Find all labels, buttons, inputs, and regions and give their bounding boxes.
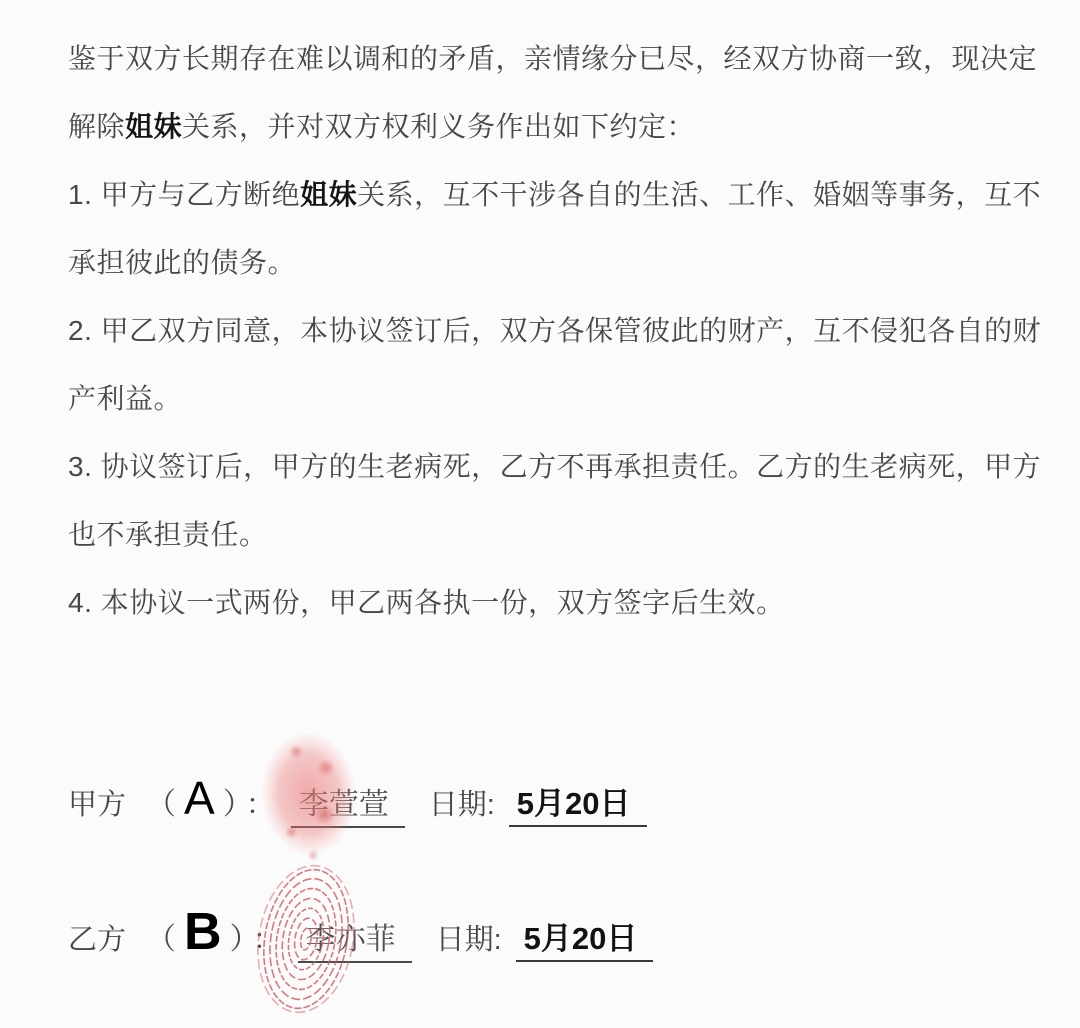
clause-3-line-2: 也不承担责任。: [68, 501, 1024, 569]
agreement-body-text: 鉴于双方长期存在难以调和的矛盾，亲情缘分已尽，经双方协商一致，现决定 解除姐妹关…: [68, 25, 1024, 637]
party-b-date-value: 5月20日: [516, 921, 654, 962]
paren-close: ）: [223, 788, 238, 821]
text-segment: 1. 甲方与乙方断绝: [68, 179, 300, 210]
text-segment: 鉴于双方长期存在难以调和的矛盾，亲情缘分已尽，经双方协商一致，现决定: [68, 43, 1037, 74]
text-segment: 4. 本协议一式两份，甲乙两各执一份，双方签字后生效。: [68, 587, 785, 618]
clause-2-line-1: 2. 甲乙双方同意，本协议签订后，双方各保管彼此的财产，互不侵犯各自的财: [68, 297, 1024, 365]
intro-line-1: 鉴于双方长期存在难以调和的矛盾，亲情缘分已尽，经双方协商一致，现决定: [68, 25, 1024, 93]
party-b-signature-name: 李亦菲: [298, 923, 412, 963]
clause-3-line-1: 3. 协议签订后，甲方的生老病死，乙方不再承担责任。乙方的生老病死，甲方: [68, 433, 1024, 501]
clause-4-line-1: 4. 本协议一式两份，甲乙两各执一份，双方签字后生效。: [68, 569, 1024, 637]
party-a-role-label: 甲方: [68, 789, 126, 821]
party-a-date-value: 5月20日: [509, 786, 647, 827]
text-segment: 关系，并对双方权利义务作出如下约定：: [182, 111, 695, 142]
text-segment: 解除: [68, 111, 125, 142]
text-segment: 产利益。: [68, 383, 182, 414]
agreement-document-page: 鉴于双方长期存在难以调和的矛盾，亲情缘分已尽，经双方协商一致，现决定 解除姐妹关…: [0, 0, 1080, 1028]
colon-separator: ：: [246, 789, 275, 821]
text-segment: 2. 甲乙双方同意，本协议签订后，双方各保管彼此的财产，互不侵犯各自的财: [68, 315, 1041, 346]
text-segment: 承担彼此的债务。: [68, 247, 296, 278]
party-a-letter: A: [184, 772, 215, 824]
text-segment: 也不承担责任。: [68, 519, 268, 550]
party-b-role-label: 乙方: [68, 924, 126, 956]
clause-1-line-2: 承担彼此的债务。: [68, 229, 1024, 297]
party-a-signature-name: 李萱萱: [291, 788, 405, 828]
highlight-sisters: 姐妹: [125, 111, 182, 142]
text-segment: 3. 协议签订后，甲方的生老病死，乙方不再承担责任。乙方的生老病死，甲方: [68, 451, 1041, 482]
text-segment: 关系，互不干涉各自的生活、工作、婚姻等事务，互不: [357, 179, 1041, 210]
paren-open: （: [146, 923, 176, 956]
paren-close: ）: [230, 923, 245, 956]
intro-line-2: 解除姐妹关系，并对双方权利义务作出如下约定：: [68, 93, 1024, 161]
paren-open: （: [146, 788, 176, 821]
highlight-sisters: 姐妹: [300, 179, 357, 210]
colon-separator: ：: [253, 924, 282, 956]
party-b-letter: B: [184, 903, 222, 961]
clause-1-line-1: 1. 甲方与乙方断绝姐妹关系，互不干涉各自的生活、工作、婚姻等事务，互不: [68, 161, 1024, 229]
party-b-signature-row: 乙方（B）：李亦菲日期:5月20日: [68, 900, 653, 972]
party-b-date-label: 日期:: [436, 924, 502, 956]
party-a-date-label: 日期:: [429, 789, 495, 821]
clause-2-line-2: 产利益。: [68, 365, 1024, 433]
party-a-signature-row: 甲方（A）：李萱萱日期:5月20日: [68, 766, 647, 837]
